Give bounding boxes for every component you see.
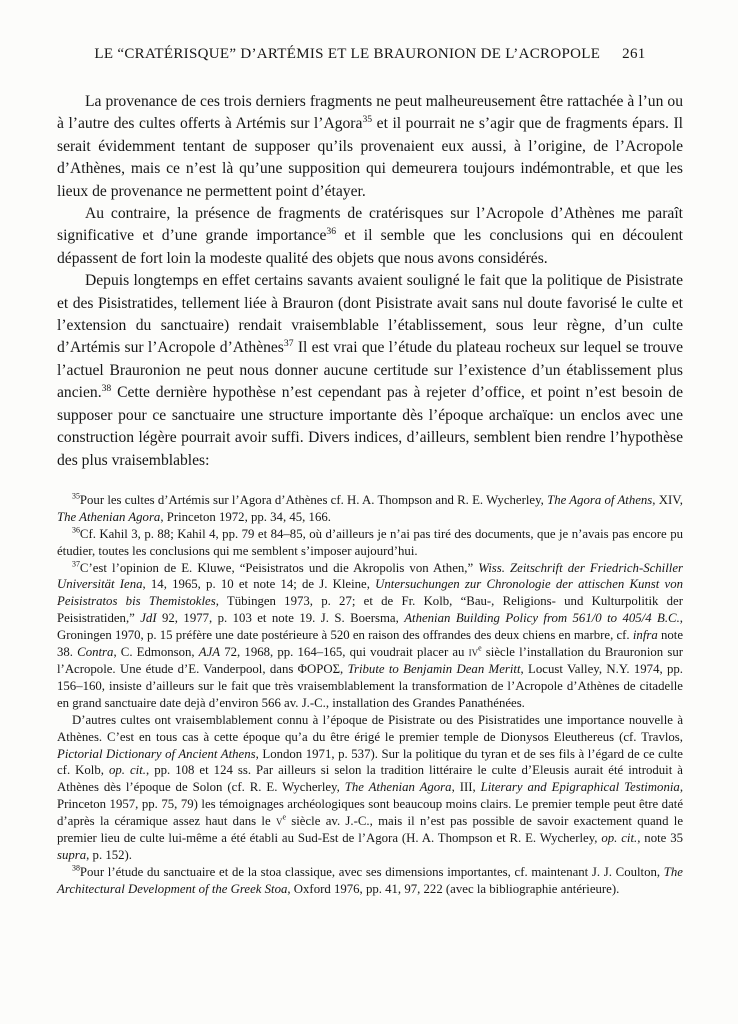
body-paragraph: La provenance de ces trois derniers frag… [57, 91, 683, 203]
footnote-paragraph: 38Pour l’étude du sanctuaire et de la st… [57, 864, 683, 898]
footnote-paragraph: D’autres cultes ont vraisemblablement co… [57, 712, 683, 864]
footnote-paragraph: 35Pour les cultes d’Artémis sur l’Agora … [57, 492, 683, 526]
scanned-paper-page: LE “CRATÉRISQUE” D’ARTÉMIS ET LE BRAURON… [0, 0, 738, 1024]
footnotes-section: 35Pour les cultes d’Artémis sur l’Agora … [57, 492, 683, 898]
footnote-paragraph: 36Cf. Kahil 3, p. 88; Kahil 4, pp. 79 et… [57, 526, 683, 560]
footnote-paragraph: 37C’est l’opinion de E. Kluwe, “Peisistr… [57, 560, 683, 712]
running-head: LE “CRATÉRISQUE” D’ARTÉMIS ET LE BRAURON… [57, 46, 683, 63]
article-body: La provenance de ces trois derniers frag… [57, 91, 683, 472]
running-head-title: LE “CRATÉRISQUE” D’ARTÉMIS ET LE BRAURON… [94, 46, 600, 63]
page-number: 261 [622, 46, 645, 63]
body-paragraph: Depuis longtemps en effet certains savan… [57, 270, 683, 472]
body-paragraph: Au contraire, la présence de fragments d… [57, 203, 683, 270]
